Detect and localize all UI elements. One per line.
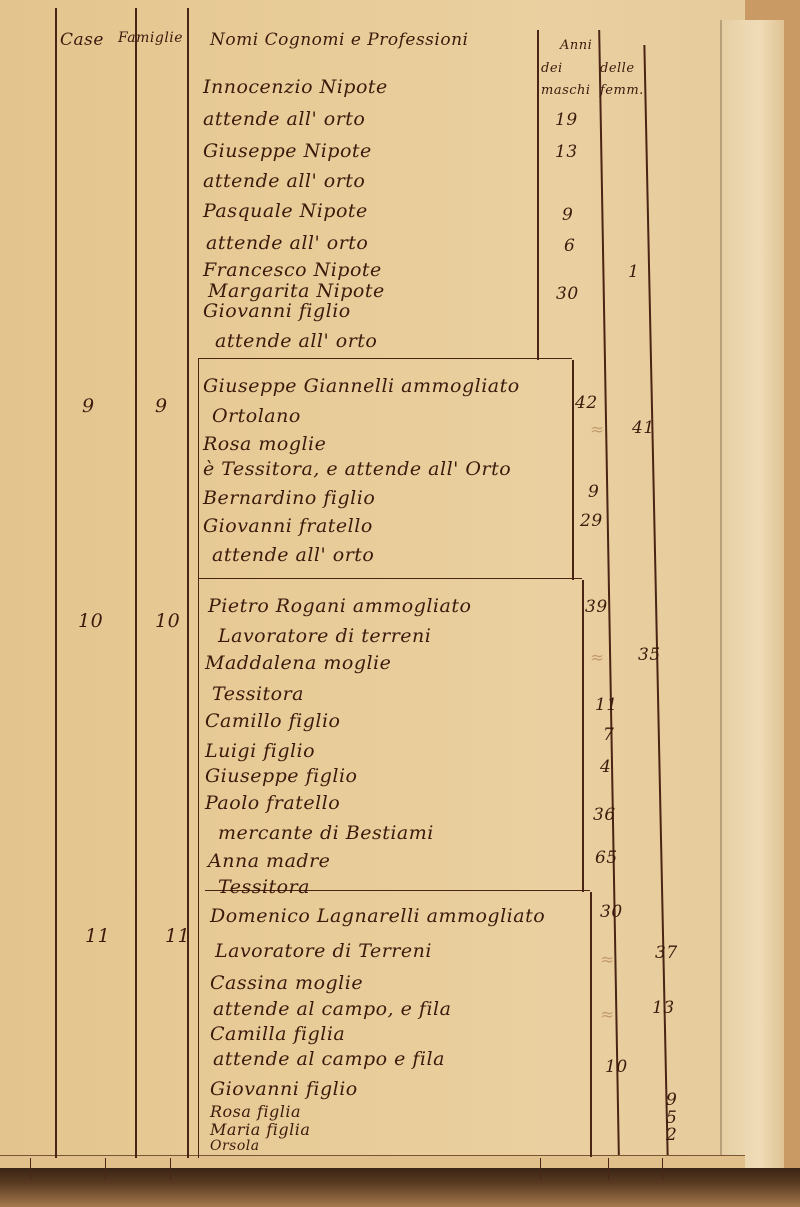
- age-maschi: 36: [593, 805, 616, 825]
- rule-names-maschi-2: [572, 360, 574, 580]
- age-maschi: 4: [600, 757, 611, 777]
- entry-row: Pietro Rogani ammogliato: [208, 595, 471, 617]
- casa-number: 11: [85, 925, 110, 947]
- entry-row: Giovanni fratello: [203, 515, 373, 537]
- faint-offset-mark: ≈: [590, 420, 605, 440]
- entry-row: attende all' orto: [203, 170, 365, 192]
- household-divider-2: [198, 578, 582, 579]
- entry-row: Lavoratore di terreni: [218, 625, 431, 647]
- age-maschi: 19: [555, 110, 578, 130]
- age-femmine: 9: [666, 1090, 677, 1110]
- rule-names-maschi: [537, 30, 539, 360]
- header-famiglie: Famiglie: [118, 30, 183, 46]
- header-names: Nomi Cognomi e Professioni: [210, 30, 468, 50]
- ledger-page: [0, 0, 745, 1167]
- entry-row: Domenico Lagnarelli ammogliato: [210, 905, 545, 927]
- entry-row: Giuseppe figlio: [205, 765, 357, 787]
- page-shadow: [0, 1168, 800, 1207]
- entry-row: Camillo figlio: [205, 710, 340, 732]
- underlying-page-edge: [720, 20, 784, 1170]
- entry-row: attende al campo, e fila: [213, 998, 451, 1020]
- entry-row: Luigi figlio: [205, 740, 315, 762]
- entry-row: Tessitora: [212, 683, 304, 705]
- famiglia-number: 10: [155, 610, 180, 632]
- entry-row: Cassina moglie: [210, 972, 363, 994]
- entry-row: Paolo fratello: [205, 792, 340, 814]
- age-maschi: 42: [575, 393, 598, 413]
- household-divider-1: [198, 358, 572, 359]
- bottom-tick: [30, 1158, 31, 1180]
- age-femmine: 37: [655, 943, 678, 963]
- names-box-left: [198, 358, 199, 1158]
- age-femmine: 41: [632, 418, 655, 438]
- entry-row: Orsola: [210, 1138, 260, 1154]
- entry-row: Giuseppe Giannelli ammogliato: [203, 375, 520, 397]
- age-maschi: 6: [564, 236, 575, 256]
- rule-names-maschi-4: [590, 892, 592, 1157]
- famiglia-number: 11: [165, 925, 190, 947]
- age-maschi: 29: [580, 511, 603, 531]
- rule-names-maschi-3: [582, 580, 584, 892]
- header-dei-maschi: dei maschi: [541, 58, 601, 102]
- age-femmine: 1: [628, 262, 639, 282]
- faint-offset-mark: ≈: [600, 950, 615, 970]
- entry-row: Francesco Nipote: [203, 259, 382, 281]
- entry-row: Pasquale Nipote: [203, 200, 368, 222]
- entry-row: Camilla figlia: [210, 1023, 345, 1045]
- entry-row: Innocenzio Nipote: [203, 76, 388, 98]
- entry-row: attende all' orto: [215, 330, 377, 352]
- faint-offset-mark: ≈: [600, 1005, 615, 1025]
- entry-row: Giovanni figlio: [203, 300, 351, 322]
- age-maschi: 10: [605, 1057, 628, 1077]
- age-maschi: 11: [595, 695, 618, 715]
- entry-row: Rosa moglie: [203, 433, 326, 455]
- entry-row: Rosa figlia: [210, 1102, 301, 1121]
- header-delle-femmine: delle femm.: [600, 58, 655, 102]
- entry-row: Maddalena moglie: [205, 652, 391, 674]
- entry-row: Margarita Nipote: [208, 280, 385, 302]
- bottom-tick: [170, 1158, 171, 1180]
- header-anni: Anni: [560, 38, 592, 53]
- age-maschi: 9: [588, 482, 599, 502]
- age-maschi: 30: [556, 284, 579, 304]
- entry-row: attende al campo e fila: [213, 1048, 445, 1070]
- entry-row: Giuseppe Nipote: [203, 140, 372, 162]
- age-maschi: 30: [600, 902, 623, 922]
- age-maschi: 39: [585, 597, 608, 617]
- entry-row: Bernardino figlio: [203, 487, 375, 509]
- entry-row: Lavoratore di Terreni: [215, 940, 432, 962]
- faint-offset-mark: ≈: [590, 648, 605, 668]
- entry-row: attende all' orto: [206, 232, 368, 254]
- bottom-tick: [105, 1158, 106, 1180]
- age-maschi: 9: [562, 205, 573, 225]
- bottom-tick: [662, 1158, 663, 1180]
- rule-famiglie-names: [187, 8, 189, 1158]
- rule-left-margin: [55, 8, 57, 1158]
- casa-number: 9: [82, 395, 95, 417]
- age-femmine: 2: [666, 1125, 677, 1145]
- entry-row: Giovanni figlio: [210, 1078, 358, 1100]
- bottom-tick: [608, 1158, 609, 1180]
- age-maschi: 13: [555, 142, 578, 162]
- age-femmine: 13: [652, 998, 675, 1018]
- age-femmine: 35: [638, 645, 661, 665]
- bottom-tick: [540, 1158, 541, 1180]
- entry-row: attende all' orto: [203, 108, 365, 130]
- entry-row: Maria figlia: [210, 1120, 310, 1139]
- famiglia-number: 9: [155, 395, 168, 417]
- header-case: Case: [60, 30, 104, 50]
- casa-number: 10: [78, 610, 103, 632]
- entry-row: attende all' orto: [212, 544, 374, 566]
- entry-row: Ortolano: [212, 405, 301, 427]
- entry-row: mercante di Bestiami: [218, 822, 434, 844]
- age-maschi: 7: [603, 725, 614, 745]
- entry-row: Anna madre: [208, 850, 330, 872]
- entry-row: Tessitora: [218, 876, 310, 898]
- entry-row: è Tessitora, e attende all' Orto: [203, 458, 511, 480]
- age-maschi: 65: [595, 848, 618, 868]
- rule-case-famiglie: [135, 8, 137, 1158]
